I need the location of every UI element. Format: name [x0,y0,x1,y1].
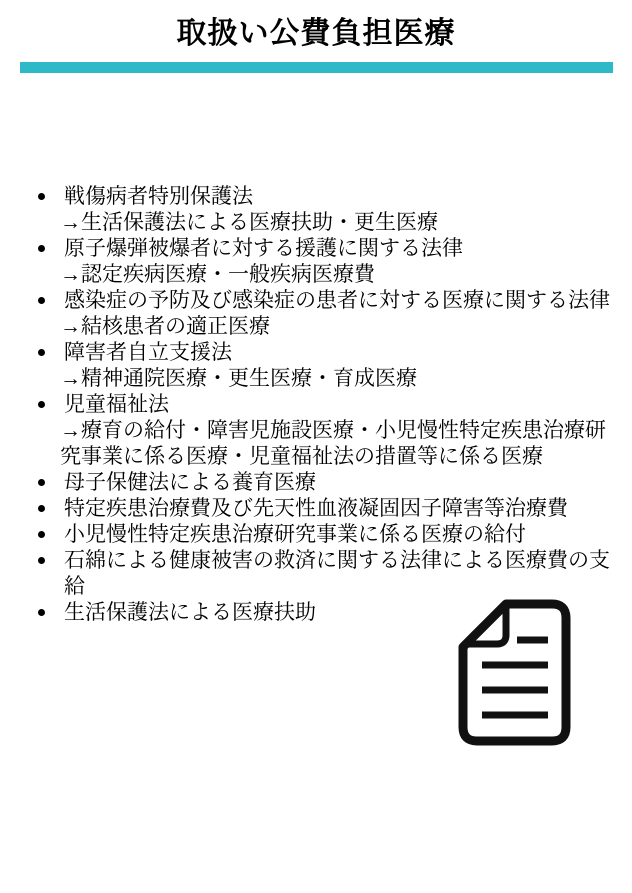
law-detail: →療育の給付・障害児施設医療・小児慢性特定疾患治療研究事業に係る医療・児童福祉法… [60,418,612,470]
list-item: 特定疾患治療費及び先天性血液凝固因子障害等治療費 [64,496,612,522]
bullet-icon [38,505,45,512]
law-name: 小児慢性特定疾患治療研究事業に係る医療の給付 [64,523,526,546]
law-name: 戦傷病者特別保護法 [64,185,253,208]
law-name: 感染症の予防及び感染症の患者に対する医療に関する法律 [64,289,610,312]
list-item: 母子保健法による養育医療 [64,470,612,496]
list-item: 石綿による健康被害の救済に関する法律による医療費の支給 [64,548,612,600]
bullet-icon [38,349,45,356]
bullet-icon [38,531,45,538]
document-icon [456,597,573,748]
list-item: 児童福祉法 →療育の給付・障害児施設医療・小児慢性特定疾患治療研究事業に係る医療… [64,392,612,470]
law-detail: →認定疾病医療・一般疾病医療費 [60,262,612,288]
law-detail: →生活保護法による医療扶助・更生医療 [60,210,612,236]
law-name: 生活保護法による医療扶助 [64,601,316,624]
bullet-icon [38,193,45,200]
list-item: 感染症の予防及び感染症の患者に対する医療に関する法律 →結核患者の適正医療 [64,288,612,340]
law-name: 障害者自立支援法 [64,341,232,364]
slide-page: 取扱い公費負担医療 戦傷病者特別保護法 →生活保護法による医療扶助・更生医療 原… [0,0,632,893]
law-detail: →精神通院医療・更生医療・育成医療 [60,366,612,392]
law-name: 児童福祉法 [64,393,169,416]
bullet-icon [38,609,45,616]
title-divider [20,62,613,73]
law-detail: →結核患者の適正医療 [60,314,612,340]
list-item: 障害者自立支援法 →精神通院医療・更生医療・育成医療 [64,340,612,392]
list-item: 小児慢性特定疾患治療研究事業に係る医療の給付 [64,522,612,548]
list-item: 戦傷病者特別保護法 →生活保護法による医療扶助・更生医療 [64,184,612,236]
law-name: 母子保健法による養育医療 [64,471,316,494]
law-list: 戦傷病者特別保護法 →生活保護法による医療扶助・更生医療 原子爆弾被爆者に対する… [0,184,632,626]
bullet-icon [38,401,45,408]
bullet-icon [38,557,45,564]
law-name: 特定疾患治療費及び先天性血液凝固因子障害等治療費 [64,497,568,520]
law-name: 原子爆弾被爆者に対する援護に関する法律 [64,237,463,260]
bullet-icon [38,245,45,252]
bullet-icon [38,479,45,486]
page-title: 取扱い公費負担医療 [0,16,632,52]
law-name: 石綿による健康被害の救済に関する法律による医療費の支給 [64,549,610,598]
list-item: 原子爆弾被爆者に対する援護に関する法律 →認定疾病医療・一般疾病医療費 [64,236,612,288]
bullet-icon [38,297,45,304]
